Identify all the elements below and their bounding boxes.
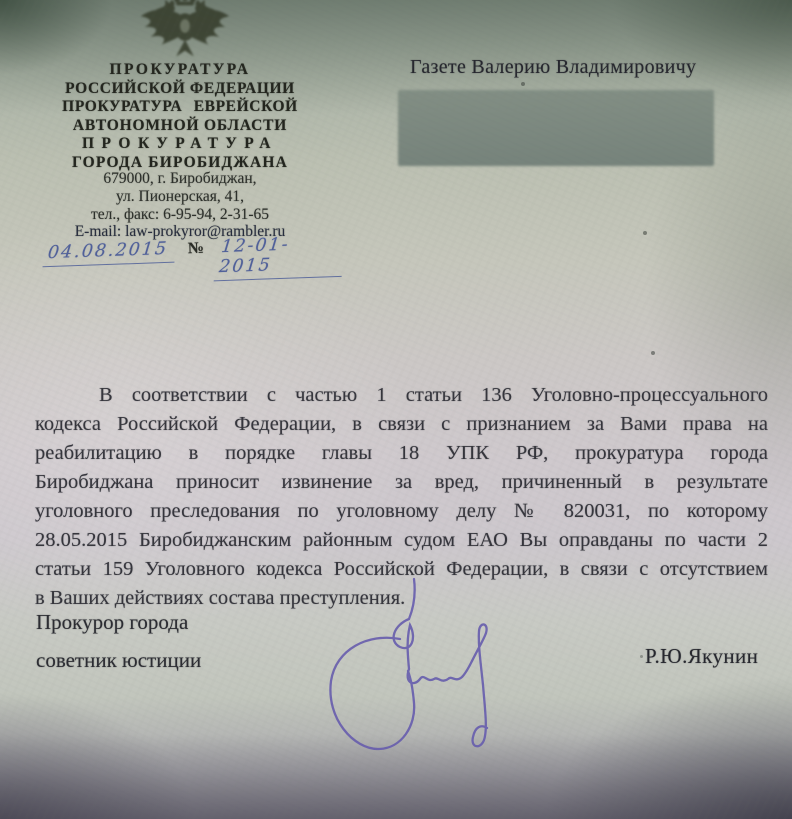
handwritten-number: 12-01-2015 [214,233,346,282]
dust-speck [643,231,647,235]
signoff-position-line2: советник юстиции [36,648,201,673]
dust-speck [651,351,655,355]
handwritten-date: 04.08.2015 [42,239,177,268]
body-line: Биробиджана приносит извинение за вред, … [35,468,768,497]
body-line: В соответствии с частью 1 статьи 136 Уго… [35,381,768,410]
dust-speck [521,82,525,86]
body-line: уголовного преследования по уголовному д… [35,497,768,526]
letterhead-line: ПРОКУРАТУРА [20,135,340,154]
letterhead-line: ПРОКУРАТУРА ЕВРЕЙСКОЙ [20,98,340,117]
dust-speck [640,655,643,658]
signoff-position-line1: Прокурор города [36,610,188,635]
address-line: тел., факс: 6-95-94, 2-31-65 [20,206,340,224]
redaction-box [398,90,714,166]
number-sign: № [188,240,205,259]
address-line: ул. Пионерская, 41, [20,188,340,206]
letterhead-line: ПРОКУРАТУРА [20,61,340,80]
handwritten-signature [310,573,510,768]
recipient-name: Газете Валерию Владимировичу [410,56,740,79]
body-line: кодекса Российской Федерации, в связи с … [35,410,768,439]
letterhead-address-block: 679000, г. Биробиджан, ул. Пионерская, 4… [20,170,340,241]
outgoing-registration-line: 04.08.2015 № 12-01-2015 [43,233,344,287]
body-line: 28.05.2015 Биробиджанским районным судом… [35,526,768,555]
russia-coat-of-arms-icon [126,0,244,60]
letterhead-org-block: ПРОКУРАТУРА РОССИЙСКОЙ ФЕДЕРАЦИИ ПРОКУРА… [20,61,340,173]
signer-name: Р.Ю.Якунин [645,644,758,669]
letterhead-line: АВТОНОМНОЙ ОБЛАСТИ [20,117,340,136]
photographed-letter: ПРОКУРАТУРА РОССИЙСКОЙ ФЕДЕРАЦИИ ПРОКУРА… [0,0,792,819]
letterhead-line: РОССИЙСКОЙ ФЕДЕРАЦИИ [20,80,340,99]
body-line: реабилитацию в порядке главы 18 УПК РФ, … [35,439,768,468]
address-line: 679000, г. Биробиджан, [20,170,340,188]
